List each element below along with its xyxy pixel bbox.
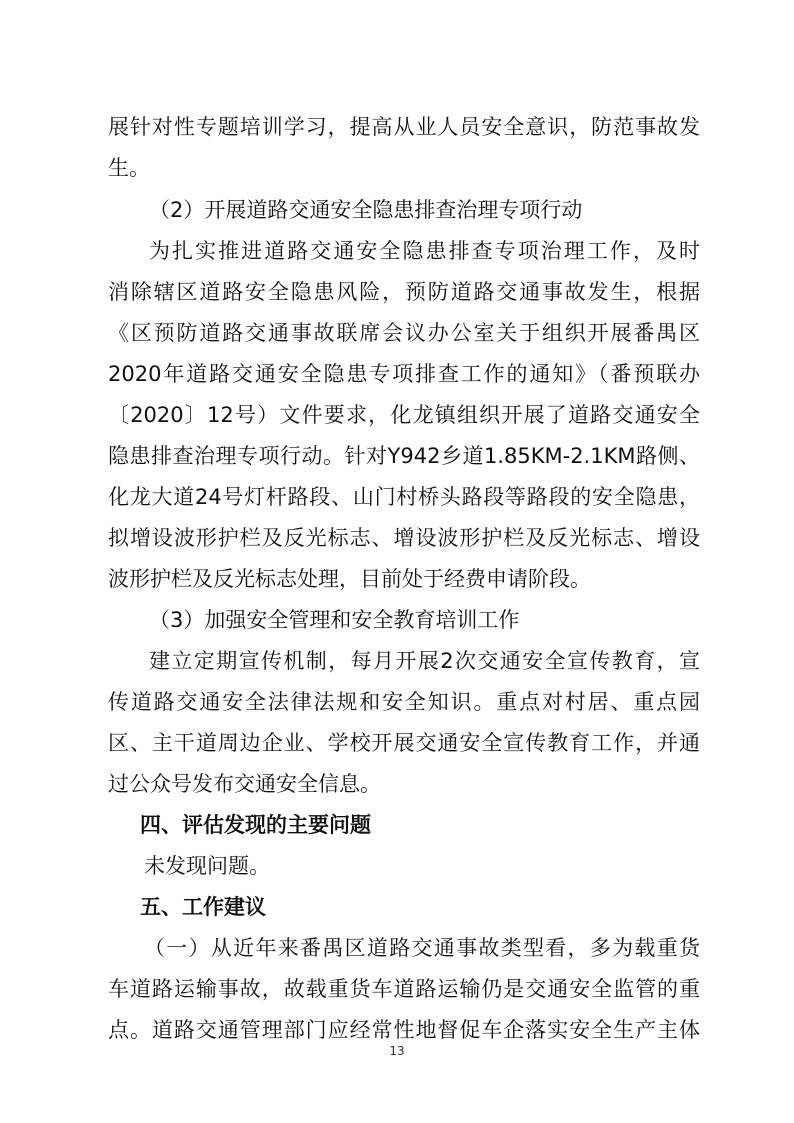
paragraph-line: 传道路交通安全法律法规和安全知识。重点对村居、重点园 <box>108 682 700 722</box>
paragraph-line: 波形护栏及反光标志处理，目前处于经费申请阶段。 <box>108 559 700 599</box>
document-page: 展针对性专题培训学习，提高从业人员安全意识，防范事故发 生。 （2）开展道路交通… <box>0 0 794 1123</box>
paragraph-line: 过公众号发布交通安全信息。 <box>108 764 700 804</box>
paragraph-line: 化龙大道24号灯杆路段、山门村桥头路段等路段的安全隐患， <box>108 477 700 517</box>
paragraph-line: 2020年道路交通安全隐患专项排查工作的通知》（番预联办 <box>108 354 700 394</box>
paragraph-line: 未发现问题。 <box>144 846 700 886</box>
paragraph-line: 消除辖区道路安全隐患风险，预防道路交通事故发生，根据 <box>108 272 700 312</box>
section-heading: 四、评估发现的主要问题 <box>140 805 700 845</box>
paragraph-line: 〔2020〕12号）文件要求，化龙镇组织开展了道路交通安全 <box>108 395 700 435</box>
paragraph-line: 车道路运输事故，故载重货车道路运输仍是交通安全监管的重 <box>108 969 700 1009</box>
paragraph-line: （一）从近年来番禺区道路交通事故类型看，多为载重货 <box>144 928 700 968</box>
paragraph-line: 拟增设波形护栏及反光标志、增设波形护栏及反光标志、增设 <box>108 518 700 558</box>
paragraph-line: 区、主干道周边企业、学校开展交通安全宣传教育工作，并通 <box>108 723 700 763</box>
paragraph-line: 展针对性专题培训学习，提高从业人员安全意识，防范事故发 <box>108 107 700 147</box>
section-heading: 五、工作建议 <box>140 887 700 927</box>
paragraph-line: 建立定期宣传机制，每月开展2次交通安全宣传教育，宣 <box>149 641 700 681</box>
paragraph-line: 《区预防道路交通事故联席会议办公室关于组织开展番禺区 <box>108 313 700 353</box>
paragraph-line: 生。 <box>108 148 700 188</box>
subsection-heading: （2）开展道路交通安全隐患排查治理专项行动 <box>149 190 700 230</box>
paragraph-line: 隐患排查治理专项行动。针对Y942乡道1.85KM-2.1KM路侧、 <box>108 436 700 476</box>
paragraph-line: 为扎实推进道路交通安全隐患排查专项治理工作，及时 <box>149 231 700 271</box>
page-number: 13 <box>0 1044 794 1058</box>
subsection-heading: （3）加强安全管理和安全教育培训工作 <box>149 600 700 640</box>
